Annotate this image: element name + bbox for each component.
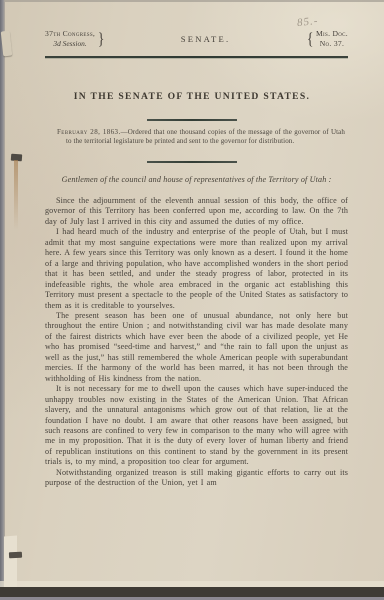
rust-stain bbox=[14, 160, 18, 230]
paragraph-4: It is not necessary for me to dwell upon… bbox=[45, 384, 348, 468]
doc-type-label: Mis. Doc. bbox=[316, 29, 348, 39]
paragraph-1: Since the adjournment of the eleventh an… bbox=[45, 196, 348, 227]
page-bottom-shadow bbox=[0, 587, 384, 597]
order-date: February 28, 1863. bbox=[57, 128, 121, 136]
paragraph-5: Notwithstanding organized treason is sti… bbox=[45, 468, 348, 489]
document-title: IN THE SENATE OF THE UNITED STATES. bbox=[0, 91, 384, 102]
congress-session-lines: 37th Congress, 3d Session. bbox=[45, 29, 95, 48]
masthead-congress-block: 37th Congress, 3d Session. } bbox=[45, 29, 105, 48]
masthead-rule bbox=[45, 56, 348, 58]
divider-rule-upper bbox=[147, 119, 237, 121]
paragraph-2: I had heard much of the industry and ent… bbox=[45, 227, 348, 311]
page-left-edge bbox=[0, 0, 5, 600]
masthead-doc-block: { Mis. Doc. No. 37. bbox=[306, 29, 348, 48]
scanned-document-page: 85.- 37th Congress, 3d Session. } SENATE… bbox=[0, 0, 384, 600]
right-brace-glyph: { bbox=[307, 30, 314, 47]
doc-number-label: No. 37. bbox=[320, 39, 344, 49]
doc-number-lines: Mis. Doc. No. 37. bbox=[316, 29, 348, 48]
order-note: February 28, 1863.—Ordered that one thou… bbox=[57, 128, 345, 146]
chamber-label: SENATE. bbox=[181, 34, 231, 44]
congress-label: 37th Congress, bbox=[45, 29, 95, 39]
session-label: 3d Session. bbox=[53, 39, 86, 49]
message-body: Since the adjournment of the eleventh an… bbox=[45, 196, 348, 489]
paper-tear-notch bbox=[1, 31, 13, 57]
divider-rule-lower bbox=[147, 161, 237, 163]
left-brace-glyph: } bbox=[98, 30, 105, 47]
page-top-edge bbox=[0, 0, 384, 2]
staple-mark-bottom bbox=[9, 552, 22, 559]
masthead: 37th Congress, 3d Session. } SENATE. { M… bbox=[45, 29, 348, 48]
handwritten-price-note: 85.- bbox=[296, 15, 319, 29]
salutation: Gentlemen of the council and house of re… bbox=[45, 175, 348, 185]
paragraph-3: The present season has been one of unusu… bbox=[45, 311, 348, 384]
